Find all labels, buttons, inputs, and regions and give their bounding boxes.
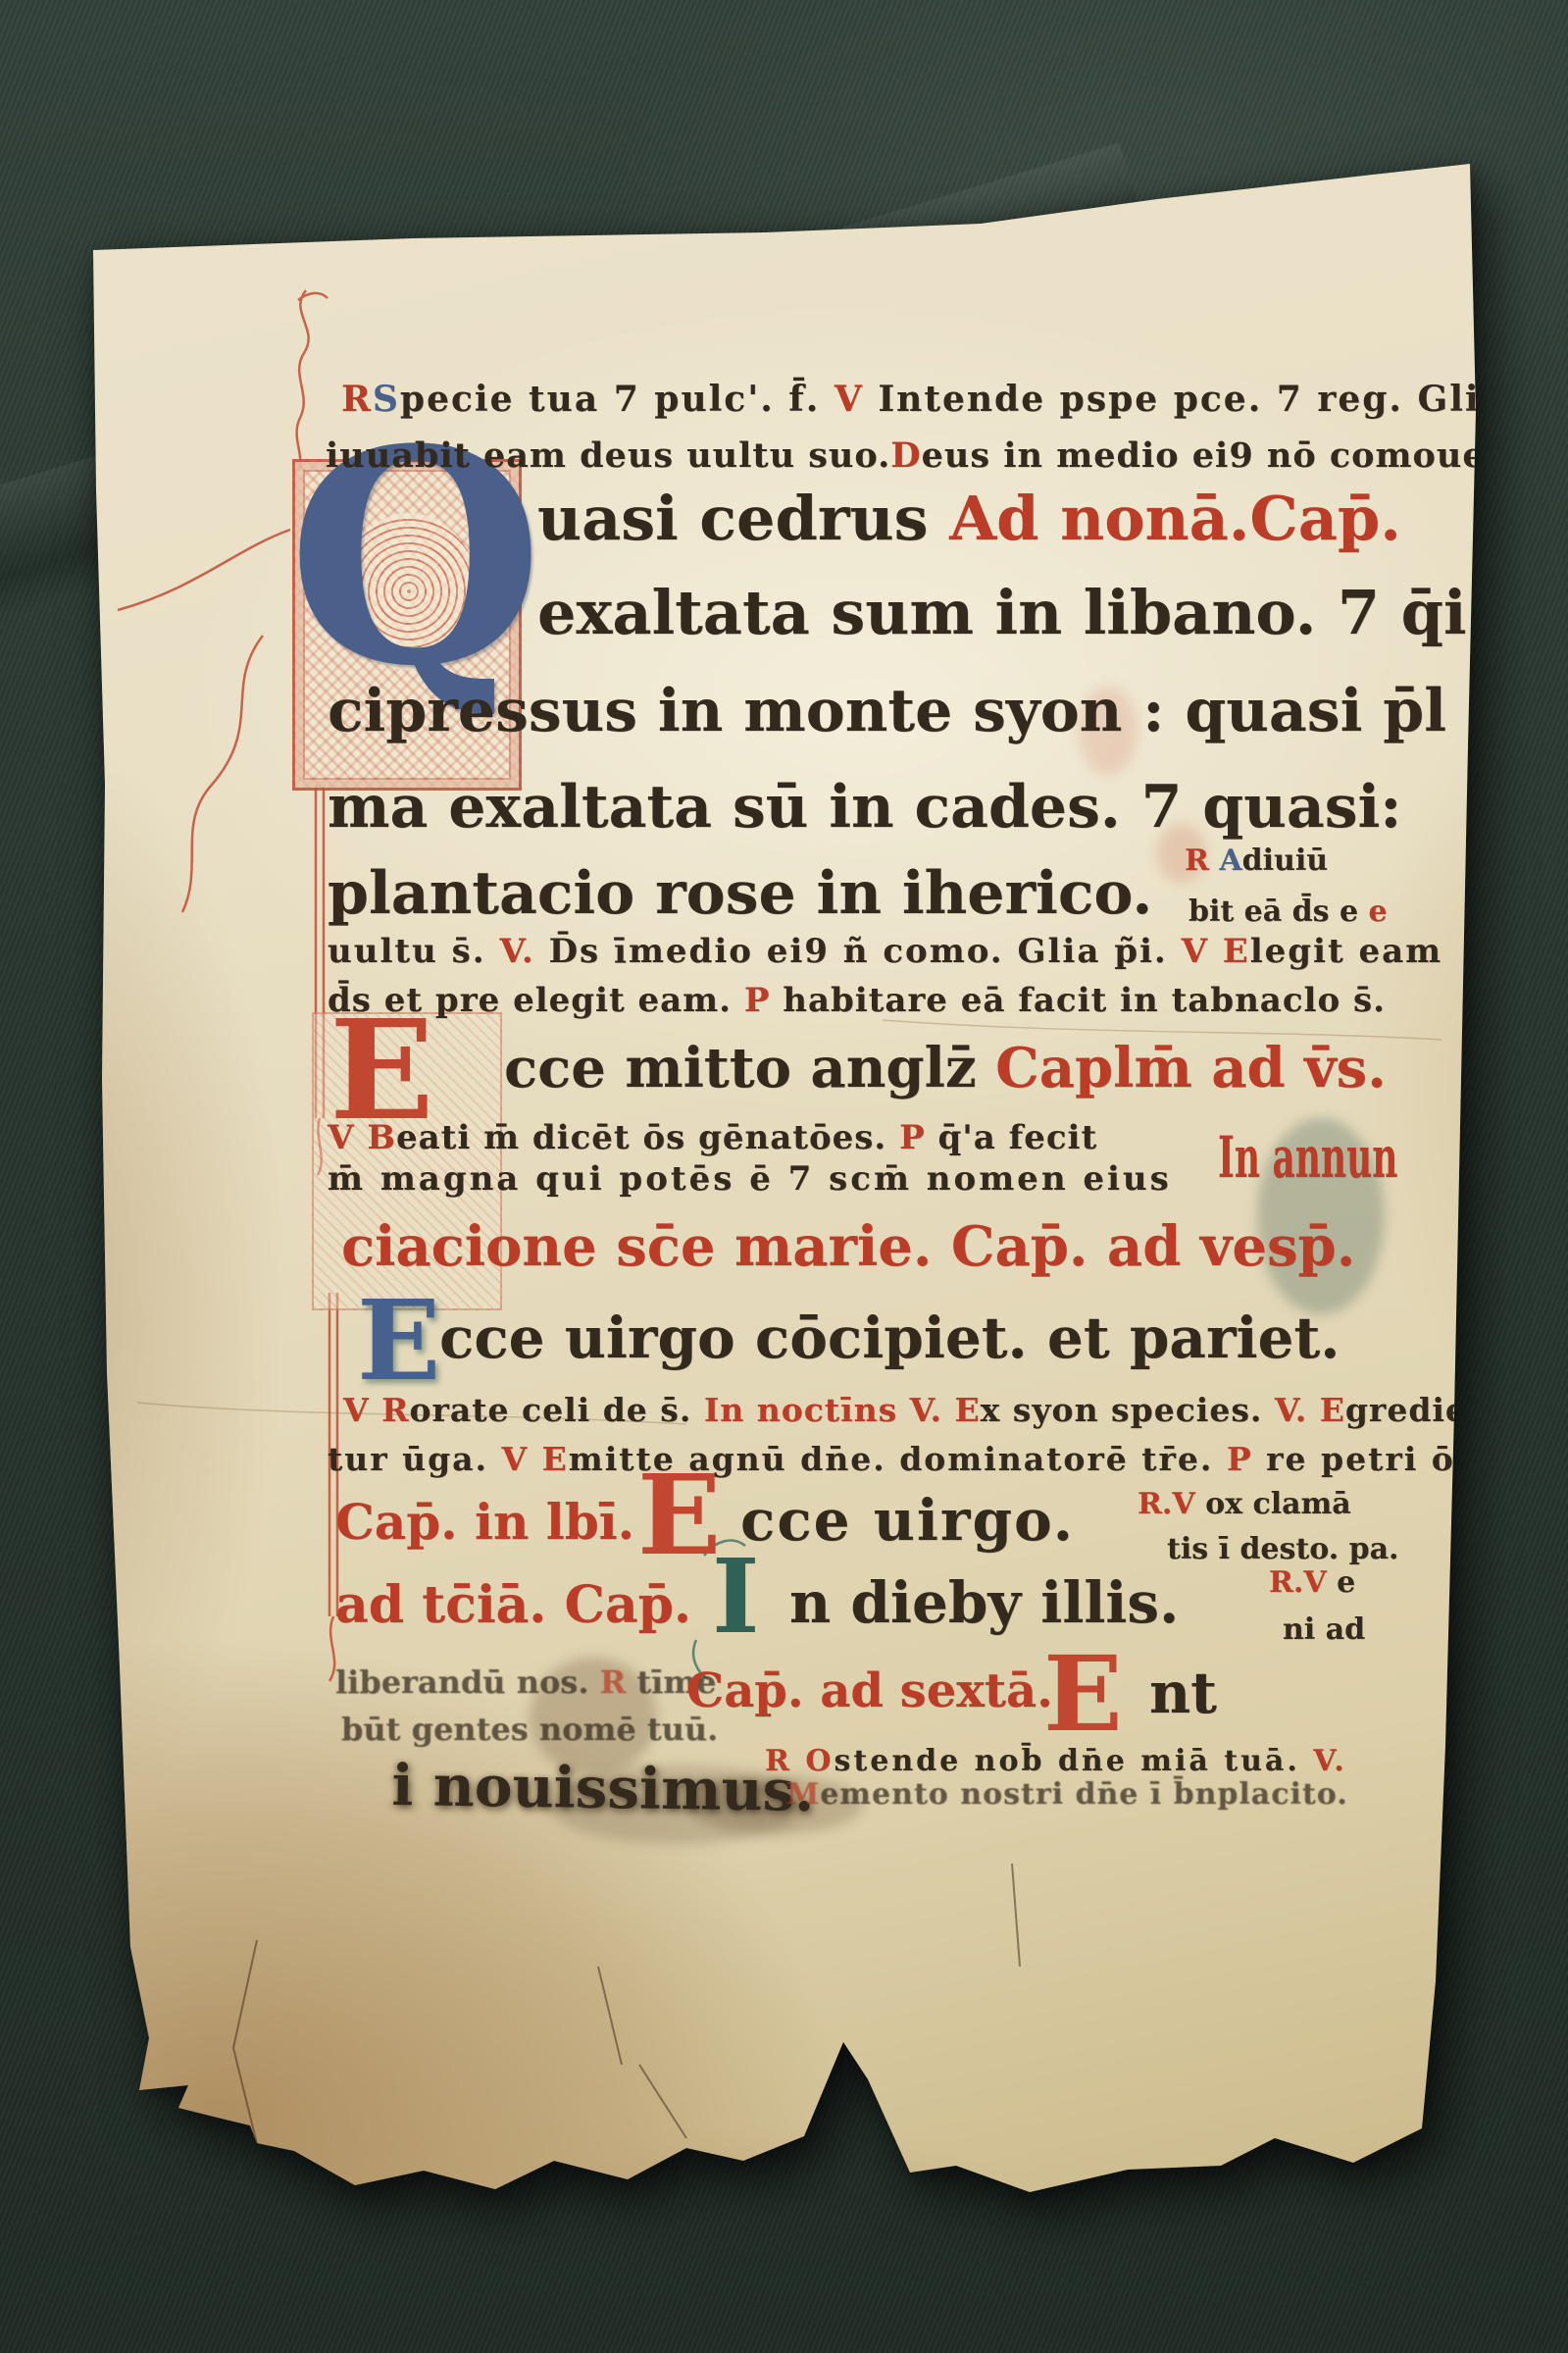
rubric-line: Cap̄. in lbī. [335,1493,634,1551]
text-line: cce uirgo cōcipiet. et pariet. [439,1304,1340,1371]
rubric-segment: Caplm̄ ad v̄s. [995,1036,1387,1100]
versicle-mark: V [835,379,878,420]
text-segment: bit eā d̄s e [1189,895,1369,929]
text-segment: q̄'a fecit [938,1118,1098,1157]
text-segment: n dieby illis. [789,1569,1179,1636]
text-line: cce mitto anglz̄ Caplm̄ ad v̄s. [504,1036,1387,1100]
response-mark: R [600,1663,637,1701]
photo-of-manuscript-leaf: Q E E E I E RSpecie tua 7 pulc'. f̄. V I… [0,0,1568,2353]
text-segment: uasi cedrus [537,483,949,554]
rubric-segment: In noctīns V. E [704,1391,981,1429]
rubric-line: Memento nostri dn̄e ī b̄nplacito. [786,1777,1348,1812]
initial-letter-e-sexta: E [1043,1642,1123,1746]
rubric-segment: V E [1182,932,1250,971]
text-segment: būt gentes nomē tuū. [341,1711,718,1748]
rubric-segment: P [1227,1440,1266,1478]
initial-letter: S [373,379,400,420]
text-segment: gredie [1345,1391,1467,1429]
rubric-line: iuuabit eam deus uultu suo.Deus in medio… [326,435,1538,476]
text-segment: iuuabit eam deus uultu suo. [326,435,890,476]
response-mark: R.V [1269,1565,1337,1600]
text-segment: Intende pspe pce. 7 reg. Glia p̃i. [878,379,1568,420]
text-line: ma exaltata sū in cades. 7 quasi: [328,773,1401,842]
response-mark: R.V [1138,1487,1205,1521]
text-segment: orate celi de s̄. [410,1391,704,1429]
marginal-line: ni ad [1283,1612,1365,1647]
versicle-mark: V R [343,1391,410,1429]
text-line: exaltata sum in libano. 7 q̄i [537,577,1467,648]
text-segment: mitte agnū dn̄e. dominatorē tr̄e. [569,1440,1227,1478]
text-segment: m̄ magna qui potēs ē 7 scm̄ nomen eius [328,1159,1172,1199]
text-segment: cipressus in monte syon : quasi p̄l [328,677,1446,745]
rubric-segment: In annun [1218,1124,1397,1191]
text-segment: ni ad [1283,1612,1365,1647]
parchment-leaf: Q E E E I E RSpecie tua 7 pulc'. f̄. V I… [0,0,1568,2353]
rubric-line: ad tc̄iā. Cap̄. [335,1575,691,1635]
text-segment: ox clamā [1205,1487,1351,1521]
text-segment: i nouissimus. [391,1752,815,1824]
text-line: cce uirgo. [740,1487,1075,1554]
text-segment: diuiū [1242,844,1328,878]
rubric-line: Cap̄. ad sextā. [686,1663,1053,1718]
text-segment: re petri ōstī. [1266,1440,1519,1478]
marginal-line: bit eā d̄s e e [1189,895,1388,929]
rubric-line: būt gentes nomē tuū. [341,1711,718,1748]
rubric-segment: ciacione sc̄e marie. Cap̄. ad vesp̄. [341,1214,1355,1279]
text-segment: cce mitto anglz̄ [504,1036,995,1100]
rubric-line: RSpecie tua 7 pulc'. f̄. V Intende pspe … [341,379,1568,420]
text-segment: e [1337,1565,1355,1600]
text-segment: stende nob̄ dn̄e miā tuā. [835,1744,1300,1778]
initial-letter-i-in-diebus: I [712,1546,760,1648]
text-segment: eus in medio ei9 nō comouebi. [922,435,1538,476]
rubric-line: m̄ magna qui potēs ē 7 scm̄ nomen eius [328,1159,1172,1199]
rubric-line: uultu s̄. V. D̄s īmedio ei9 ñ como. Glia… [328,932,1442,971]
text-segment: tis ī desto. pa. [1167,1532,1398,1566]
marginal-line: R.V ox clamā [1138,1487,1351,1521]
rubric-segment: V E [502,1440,569,1478]
rubric-line: tur ūga. V Emitte agnū dn̄e. dominatorē … [328,1440,1520,1478]
versicle-mark: V. [499,932,548,971]
text-segment: ma exaltata sū in cades. 7 quasi: [328,773,1401,842]
rubric-segment: ad tc̄iā. Cap̄. [335,1575,691,1635]
response-mark: R [1185,844,1219,878]
initial-letter: A [1219,844,1241,878]
rubric-segment: D [890,435,921,476]
text-segment: legit eam [1250,932,1442,971]
marginal-line: tis ī desto. pa. [1167,1532,1398,1566]
text-line: i nouissimus. [391,1752,815,1824]
text-segment: plantacio rose in iherico. [328,859,1152,928]
text-line: cipressus in monte syon : quasi p̄l [328,677,1446,745]
marginal-line: R.V e [1269,1565,1355,1600]
rubric-segment: Cap̄. in lbī. [335,1493,634,1551]
text-segment: d̄s et pre elegit eam. [328,981,744,1020]
rubric-segment: e [1369,895,1388,929]
rubric-line: In annun [1218,1124,1397,1191]
text-segment: nt [1149,1660,1217,1726]
text-line: nt [1149,1660,1217,1726]
rubric-line: liberandū nos. R tīme [335,1663,716,1701]
rubric-segment: Ad nonā.Cap̄. [949,483,1401,554]
text-segment: pecie tua 7 pulc'. f̄. [400,379,835,420]
versicle-mark: V. [1300,1744,1347,1778]
rubric-segment: P [899,1118,937,1157]
rubric-segment: V. E [1275,1391,1345,1429]
text-segment: tur ūga. [328,1440,502,1478]
text-segment: uultu s̄. [328,932,499,971]
text-segment: cce uirgo. [740,1487,1075,1554]
text-segment: emento nostri dn̄e ī b̄nplacito. [820,1777,1347,1812]
rubric-line: ciacione sc̄e marie. Cap̄. ad vesp̄. [341,1214,1355,1279]
rubric-line: d̄s et pre elegit eam. P habitare eā fac… [328,981,1386,1020]
leaf-shadow: Q E E E I E RSpecie tua 7 pulc'. f̄. V I… [0,0,1568,2353]
rubric-segment: P [744,981,783,1020]
rubric-line: V Beati m̄ dicēt ōs gēnatōes. P q̄'a fec… [328,1118,1097,1157]
rubric-segment: Cap̄. ad sextā. [686,1663,1053,1718]
text-segment: exaltata sum in libano. 7 q̄i [537,577,1467,648]
text-segment: cce uirgo cōcipiet. et pariet. [439,1304,1340,1371]
text-line: uasi cedrus Ad nonā.Cap̄. [537,483,1401,554]
text-segment: eati m̄ dicēt ōs gēnatōes. [396,1118,899,1157]
text-segment: x syon species. [981,1391,1275,1429]
response-mark: R [341,379,373,420]
rubric-line: V Rorate celi de s̄. In noctīns V. Ex sy… [343,1391,1467,1429]
text-line: n dieby illis. [789,1569,1179,1636]
text-line: plantacio rose in iherico. [328,859,1152,928]
text-segment: D̄s īmedio ei9 ñ como. Glia p̃i. [549,932,1182,971]
rubric-line: R Ostende nob̄ dn̄e miā tuā. V. [765,1744,1347,1778]
rubric-segment: M [786,1777,820,1812]
initial-letter-e-ecce-virgo: E [357,1287,440,1397]
marginal-line: R Adiuiū [1185,844,1328,878]
versicle-mark: V B [328,1118,396,1157]
text-segment: liberandū nos. [335,1663,600,1701]
text-segment: habitare eā facit in tabnaclo s̄. [783,981,1386,1020]
